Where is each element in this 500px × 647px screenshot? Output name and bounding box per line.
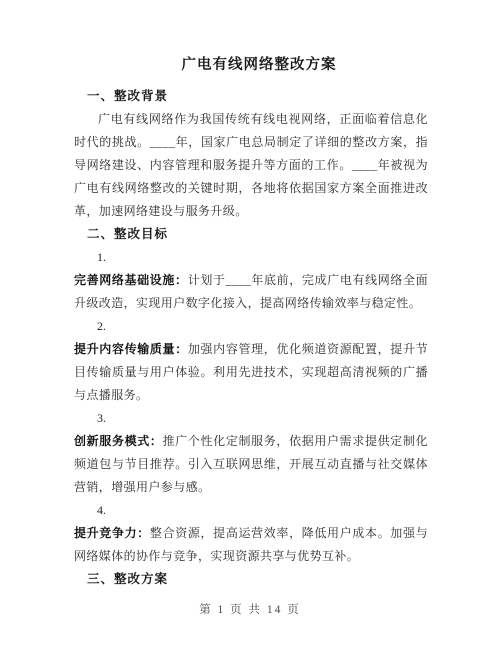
- paragraph-background: 广电有线网络作为我国传统有线电视网络，正面临着信息化时代的挑战。____年，国家…: [74, 108, 428, 223]
- goal-item-1: 完善网络基础设施：计划于____年底前，完成广电有线网络全面升级改造，实现用户数…: [74, 269, 428, 315]
- list-number-3: 3.: [97, 407, 428, 430]
- goal-lead-3: 创新服务模式：: [74, 434, 163, 448]
- list-number-1: 1.: [97, 246, 428, 269]
- section-heading-background: 一、整改背景: [87, 85, 428, 108]
- goal-lead-2: 提升内容传输质量：: [74, 342, 188, 356]
- section-heading-goals: 二、整改目标: [87, 223, 428, 246]
- goal-item-3: 创新服务模式：推广个性化定制服务，依据用户需求提供定制化频道包与节目推荐。引入互…: [74, 430, 428, 499]
- goal-lead-1: 完善网络基础设施：: [74, 273, 188, 287]
- document-title: 广电有线网络整改方案: [74, 54, 428, 76]
- document-page: 广电有线网络整改方案 一、整改背景 广电有线网络作为我国传统有线电视网络，正面临…: [0, 0, 500, 647]
- list-number-4: 4.: [97, 499, 428, 522]
- goal-item-4: 提升竞争力：整合资源，提高运营效率，降低用户成本。加强与网络媒体的协作与竞争，实…: [74, 522, 428, 568]
- goal-item-2: 提升内容传输质量：加强内容管理，优化频道资源配置，提升节目传输质量与用户体验。利…: [74, 338, 428, 407]
- goal-lead-4: 提升竞争力：: [74, 526, 150, 540]
- section-heading-plan: 三、整改方案: [87, 568, 428, 591]
- footer-page-number: 第 1 页 共 14 页: [0, 601, 500, 617]
- list-number-2: 2.: [97, 315, 428, 338]
- document-content: 广电有线网络整改方案 一、整改背景 广电有线网络作为我国传统有线电视网络，正面临…: [74, 54, 428, 591]
